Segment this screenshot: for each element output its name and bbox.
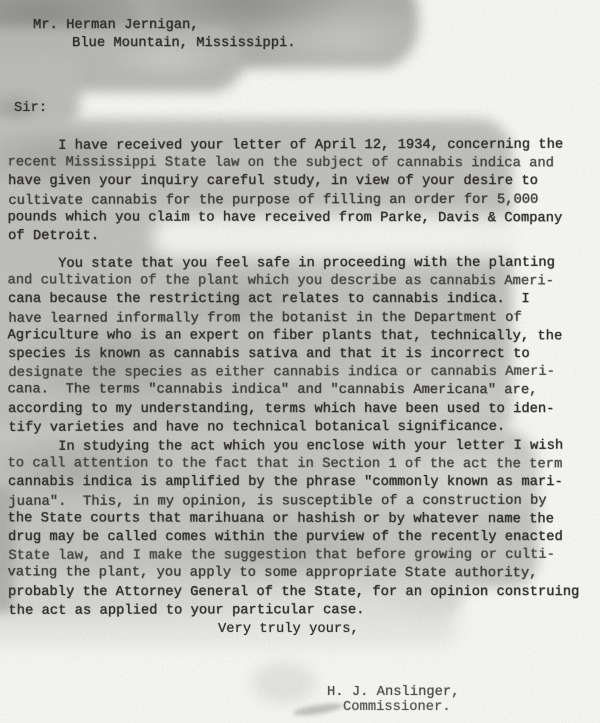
recipient-name: Mr. Herman Jernigan, xyxy=(33,17,296,35)
letter-line: You state that you feel safe in proceedi… xyxy=(8,255,600,274)
letter-line: probably the Attorney General of the Sta… xyxy=(8,584,600,602)
letter-line: have learned informally from the botanis… xyxy=(8,309,600,328)
paragraph-3: In studying the act which you enclose wi… xyxy=(8,438,600,620)
letter-line: of Detroit. xyxy=(8,228,600,246)
letter-line: cultivate cannabis for the purpose of fi… xyxy=(8,191,600,210)
letter-line: State law, and I make the suggestion tha… xyxy=(8,547,600,566)
letter-line: vating the plant, you apply to some appr… xyxy=(7,565,599,584)
letter-line: I have received your letter of April 12,… xyxy=(8,137,600,156)
recipient-address: Blue Mountain, Mississippi. xyxy=(72,35,296,53)
letter-line: according to my understanding, terms whi… xyxy=(8,401,600,419)
letter-line: tify varieties and have no technical bot… xyxy=(8,418,600,437)
recipient-block: Mr. Herman Jernigan, Blue Mountain, Miss… xyxy=(33,17,296,53)
letter-line: In studying the act which you enclose wi… xyxy=(8,438,600,457)
letter-line: juana". This, in my opinion, is suscepti… xyxy=(8,492,600,511)
scanned-letter-page: Mr. Herman Jernigan, Blue Mountain, Miss… xyxy=(0,0,600,723)
letter-line: cana. The terms "cannabis indica" and "c… xyxy=(7,382,599,401)
signature-title: Commissioner. xyxy=(343,699,451,717)
letter-line: the act as applied to your particular ca… xyxy=(8,601,600,620)
salutation: Sir: xyxy=(14,100,47,118)
paragraph-1: I have received your letter of April 12,… xyxy=(8,137,600,246)
letter-line: drug may be called comes within the purv… xyxy=(8,529,600,547)
complimentary-closing: Very truly yours, xyxy=(218,621,359,639)
letter-line: cana because the restricting act relates… xyxy=(8,291,600,309)
letter-line: pounds which you claim to have received … xyxy=(7,209,599,228)
letter-line: the State courts that marihuana or hashi… xyxy=(7,510,599,529)
letter-line: to call attention to the fact that in Se… xyxy=(7,455,599,474)
letter-text-layer: Mr. Herman Jernigan, Blue Mountain, Miss… xyxy=(0,0,600,723)
letter-line: recent Mississippi State law on the subj… xyxy=(7,154,599,173)
letter-line: have given your inquiry careful study, i… xyxy=(8,173,600,191)
paragraph-2: You state that you feel safe in proceedi… xyxy=(8,255,600,437)
letter-line: Agriculture who is an expert on fiber pl… xyxy=(7,327,599,346)
letter-line: and cultivation of the plant which you d… xyxy=(7,272,599,291)
letter-line: species is known as cannabis sativa and … xyxy=(8,346,600,364)
letter-line: designate the species as either cannabis… xyxy=(8,364,600,383)
letter-line: cannabis indica is amplified by the phra… xyxy=(8,474,600,492)
